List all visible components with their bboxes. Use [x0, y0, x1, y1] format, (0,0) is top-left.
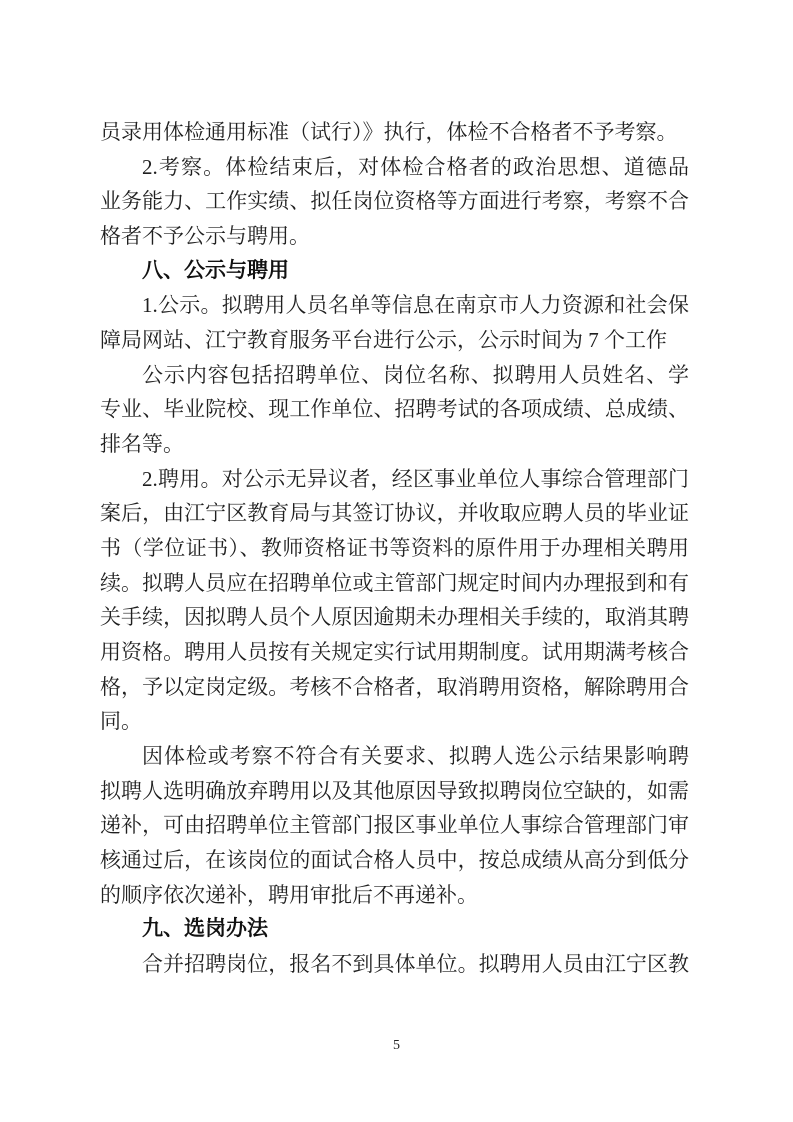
- text-line: 因体检或考察不符合有关要求、拟聘人选公示结果影响聘用、: [100, 739, 689, 774]
- text-line: 员录用体检通用标准（试行）》执行，体检不合格者不予考察。: [100, 115, 689, 150]
- text-line: 同。: [100, 704, 689, 739]
- text-line: 的顺序依次递补，聘用审批后不再递补。: [100, 878, 689, 913]
- text-line: 递补，可由招聘单位主管部门报区事业单位人事综合管理部门审: [100, 808, 689, 843]
- text-line: 公示内容包括招聘单位、岗位名称、拟聘用人员姓名、学历、: [100, 358, 689, 393]
- text-line: 业务能力、工作实绩、拟任岗位资格等方面进行考察，考察不合: [100, 184, 689, 219]
- text-line: 核通过后，在该岗位的面试合格人员中，按总成绩从高分到低分: [100, 843, 689, 878]
- text-line: 障局网站、江宁教育服务平台进行公示，公示时间为 7 个工作日。: [100, 323, 689, 358]
- page-number: 5: [0, 1036, 793, 1056]
- section-heading: 九、选岗办法: [100, 912, 689, 947]
- text-line: 格者不予公示与聘用。: [100, 219, 689, 254]
- text-line: 排名等。: [100, 427, 689, 462]
- text-line: 拟聘人选明确放弃聘用以及其他原因导致拟聘岗位空缺的，如需: [100, 774, 689, 809]
- document-page: 员录用体检通用标准（试行）》执行，体检不合格者不予考察。2.考察。体检结束后，对…: [0, 0, 793, 1122]
- text-line: 专业、毕业院校、现工作单位、招聘考试的各项成绩、总成绩、: [100, 392, 689, 427]
- text-line: 合并招聘岗位，报名不到具体单位。拟聘用人员由江宁区教: [100, 947, 689, 982]
- text-line: 2.考察。体检结束后，对体检合格者的政治思想、道德品质、: [100, 150, 689, 185]
- text-line: 续。拟聘人员应在招聘单位或主管部门规定时间内办理报到和有: [100, 566, 689, 601]
- text-block: 员录用体检通用标准（试行）》执行，体检不合格者不予考察。2.考察。体检结束后，对…: [100, 115, 689, 982]
- text-line: 关手续，因拟聘人员个人原因逾期未办理相关手续的，取消其聘: [100, 600, 689, 635]
- section-heading: 八、公示与聘用: [100, 254, 689, 289]
- text-line: 格，予以定岗定级。考核不合格者，取消聘用资格，解除聘用合: [100, 670, 689, 705]
- text-line: 案后，由江宁区教育局与其签订协议，并收取应聘人员的毕业证: [100, 496, 689, 531]
- text-line: 2.聘用。对公示无异议者，经区事业单位人事综合管理部门备: [100, 462, 689, 497]
- text-line: 用资格。聘用人员按有关规定实行试用期制度。试用期满考核合: [100, 635, 689, 670]
- text-line: 1.公示。拟聘用人员名单等信息在南京市人力资源和社会保: [100, 288, 689, 323]
- text-line: 书（学位证书）、教师资格证书等资料的原件用于办理相关聘用手: [100, 531, 689, 566]
